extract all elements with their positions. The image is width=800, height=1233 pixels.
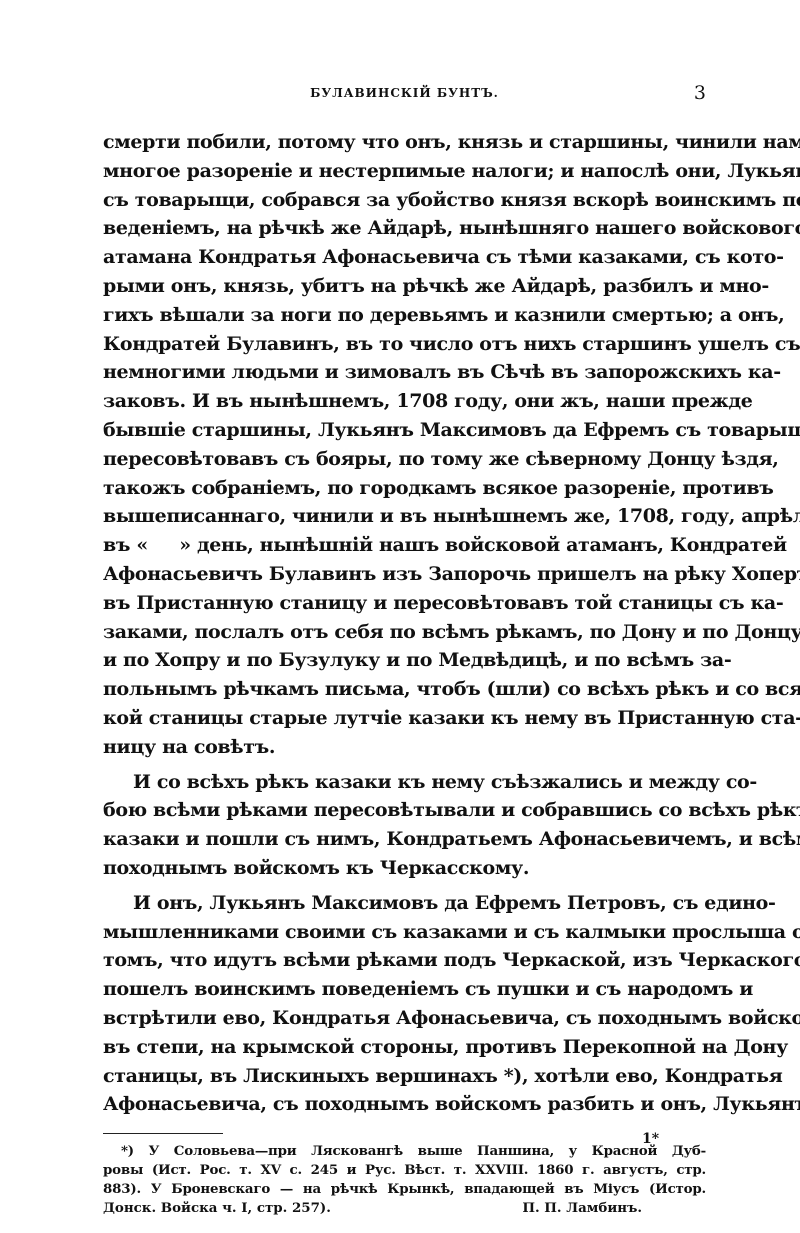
paragraph-3: И онъ, Лукьянъ Максимовъ да Ефремъ Петро…: [103, 889, 706, 1119]
text-line: съ товарыщи, собрався за убойство князя …: [103, 186, 706, 215]
text-line: И онъ, Лукьянъ Максимовъ да Ефремъ Петро…: [103, 889, 706, 918]
text-line: гихъ вѣшали за ноги по деревьямъ и казни…: [103, 301, 706, 330]
text-line: казаки и пошли съ нимъ, Кондратьемъ Афон…: [103, 825, 706, 854]
page-number: 3: [694, 82, 706, 104]
text-line: веденіемъ, на рѣчкѣ же Айдарѣ, нынѣшняго…: [103, 214, 706, 243]
text-line: Кондратей Булавинъ, въ то число отъ нихъ…: [103, 330, 706, 359]
text-line: въ Пристанную станицу и пересовѣтовавъ т…: [103, 589, 706, 618]
footnote: *) У Соловьева—при Лясковангѣ выше Панши…: [103, 1142, 706, 1218]
text-line: заками, послалъ отъ себя по всѣмъ рѣкамъ…: [103, 618, 706, 647]
text-line: походнымъ войскомъ къ Черкасскому.: [103, 854, 706, 883]
text-line: и по Хопру и по Бузулуку и по Медвѣдицѣ,…: [103, 646, 706, 675]
text-line: Афонасьевичъ Булавинъ изъ Запорочь прише…: [103, 560, 706, 589]
text-line: станицы, въ Лискиныхъ вершинахъ *), хотѣ…: [103, 1062, 706, 1091]
text-line: мышленниками своими съ казаками и съ кал…: [103, 918, 706, 947]
paragraph-1: смерти побили, потому что онъ, князь и с…: [103, 128, 706, 762]
text-line: И со всѣхъ рѣкъ казаки къ нему съѣзжалис…: [103, 768, 706, 797]
footnote-last-line: Донск. Войска ч. I, стр. 257). П. П. Лам…: [103, 1199, 706, 1218]
book-page: БУЛАВИНСКІЙ БУНТЪ. 3 смерти побили, пото…: [103, 80, 706, 1218]
text-line: вышеписаннаго, чинили и въ нынѣшнемъ же,…: [103, 502, 706, 531]
text-line: томъ, что идутъ всѣми рѣками подъ Черкас…: [103, 946, 706, 975]
text-line: польнымъ рѣчкамъ письма, чтобъ (шли) со …: [103, 675, 706, 704]
paragraph-2: И со всѣхъ рѣкъ казаки къ нему съѣзжалис…: [103, 768, 706, 883]
text-line: бою всѣми рѣками пересовѣтывали и собрав…: [103, 796, 706, 825]
text-line: смерти побили, потому что онъ, князь и с…: [103, 128, 706, 157]
text-line: многое разореніе и нестерпимые налоги; и…: [103, 157, 706, 186]
text-line: бывшіе старшины, Лукьянъ Максимовъ да Еф…: [103, 416, 706, 445]
footnote-author: П. П. Ламбинъ.: [522, 1199, 642, 1218]
text-line: заковъ. И въ нынѣшнемъ, 1708 году, они ж…: [103, 387, 706, 416]
text-line: Афонасьевича, съ походнымъ войскомъ разб…: [103, 1090, 706, 1119]
text-line: пересовѣтовавъ съ бояры, по тому же сѣве…: [103, 445, 706, 474]
text-line: въ « » день, нынѣшній нашъ войсковой ата…: [103, 531, 706, 560]
text-line: такожъ собраніемъ, по городкамъ всякое р…: [103, 474, 706, 503]
running-head: БУЛАВИНСКІЙ БУНТЪ. 3: [103, 80, 706, 114]
footnote-separator: [103, 1133, 223, 1134]
body-text: смерти побили, потому что онъ, князь и с…: [103, 128, 706, 1119]
footnote-line: 883). У Броневскаго — на рѣчкѣ Крынкѣ, в…: [103, 1180, 706, 1199]
text-line: ницу на совѣтъ.: [103, 733, 706, 762]
text-line: немногими людьми и зимовалъ въ Сѣчѣ въ з…: [103, 358, 706, 387]
text-line: въ степи, на крымской стороны, противъ П…: [103, 1033, 706, 1062]
text-line: пошелъ воинскимъ поведеніемъ съ пушки и …: [103, 975, 706, 1004]
footnote-line: ровы (Ист. Рос. т. XV с. 245 и Рус. Вѣст…: [103, 1161, 706, 1180]
text-line: рыми онъ, князь, убитъ на рѣчкѣ же Айдар…: [103, 272, 706, 301]
running-title: БУЛАВИНСКІЙ БУНТЪ.: [103, 86, 706, 100]
footnote-line: Донск. Войска ч. I, стр. 257).: [103, 1199, 331, 1218]
text-line: встрѣтили ево, Кондратья Афонасьевича, с…: [103, 1004, 706, 1033]
footnote-line: *) У Соловьева—при Лясковангѣ выше Панши…: [103, 1142, 706, 1161]
signature-mark: 1*: [642, 1131, 659, 1147]
text-line: атамана Кондратья Афонасьевича съ тѣми к…: [103, 243, 706, 272]
text-line: кой станицы старые лутчіе казаки къ нему…: [103, 704, 706, 733]
